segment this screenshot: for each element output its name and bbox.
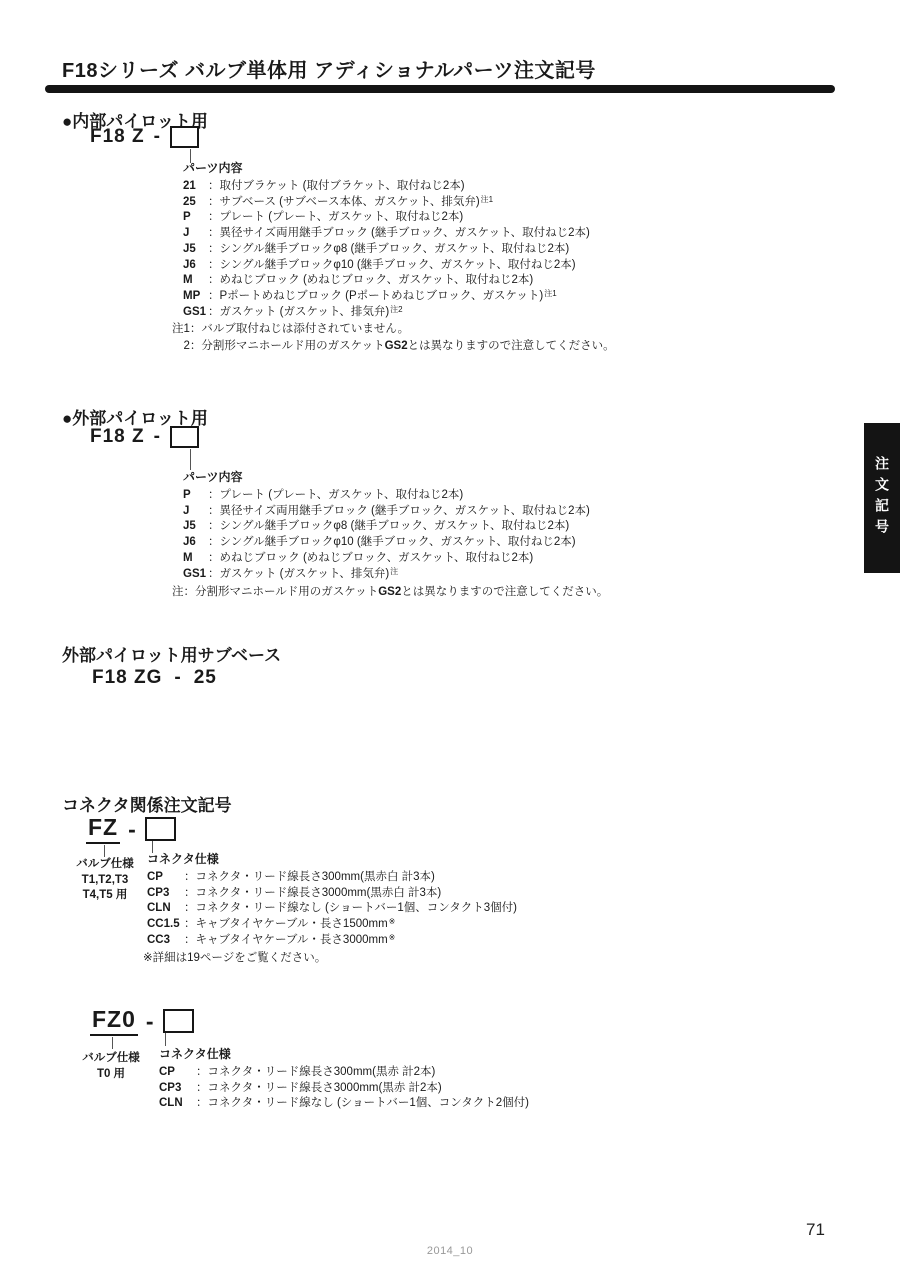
part-note-ref: 注 [390,568,398,584]
model-code-external: F18 Z - [90,426,199,448]
model-code-text: F18 Z [90,426,145,448]
catalog-page: F18シリーズ バルブ単体用 アディショナルパーツ注文記号 ●内部パイロット用 … [0,0,900,1272]
parts-item: P：プレート (プレート、ガスケット、取付ねじ2本) [183,210,591,226]
part-code: J [183,504,208,520]
footnote-external: 注：分割形マニホールド用のガスケットGS2とは異なりますので注意してください。 [172,584,608,601]
connector-code: CP [159,1065,196,1081]
note-ref: ※ [389,934,396,950]
connector-code: CC3 [147,933,184,949]
connector-item: CP：コネクタ・リード線長さ300mm(黒赤 計2本) [159,1065,530,1081]
parts-item: J6：シングル継手ブロックφ10 (継手ブロック、ガスケット、取付ねじ2本) [183,535,591,551]
connector-list-title: コネクタ仕様 [147,852,518,870]
connector-desc: ：コネクタ・リード線長さ3000mm(黒赤白 計3本) [184,886,441,902]
model-code-dash: - [154,126,161,148]
part-code: P [183,488,208,504]
parts-item: J6：シングル継手ブロックφ10 (継手ブロック、ガスケット、取付ねじ2本) [183,258,591,274]
callout-line [104,845,105,857]
model-code-dash: - [146,1008,155,1035]
option-slot-box [170,126,199,148]
part-desc: ：シングル継手ブロックφ10 (継手ブロック、ガスケット、取付ねじ2本) [208,258,576,274]
model-code-text: F18 Z [90,126,145,148]
connector-list-title: コネクタ仕様 [159,1047,530,1065]
connector-code: CP3 [159,1081,196,1097]
chapter-side-tab: 注文記号 [864,423,900,573]
parts-item: J：異径サイズ両用継手ブロック (継手ブロック、ガスケット、取付ねじ2本) [183,504,591,520]
part-note-ref: 注2 [390,306,402,322]
model-code-text: FZ [86,814,120,844]
connector-code: CLN [147,901,184,917]
parts-item: M：めねじブロック (めねじブロック、ガスケット、取付ねじ2本) [183,551,591,567]
connector-code: CP3 [147,886,184,902]
part-code: J [183,226,208,242]
footnote-1: 注1：バルブ取付ねじは添付されていません。 [172,321,615,338]
parts-item: P：プレート (プレート、ガスケット、取付ねじ2本) [183,488,591,504]
connector-list-fz: コネクタ仕様 CP：コネクタ・リード線長さ300mm(黒赤白 計3本) CP3：… [147,852,518,949]
part-code: J6 [183,535,208,551]
footer-revision: 2014_10 [0,1245,900,1257]
connector-code: CP [147,870,184,886]
connector-item: CC1.5：キャブタイヤケーブル・長さ1500mm※ [147,917,518,933]
part-code: J5 [183,519,208,535]
connector-item: CP3：コネクタ・リード線長さ3000mm(黒赤白 計3本) [147,886,518,902]
model-code-text: F18 ZG [92,667,162,689]
connector-item: CLN：コネクタ・リード線なし (ショートバー1個、コンタクト2個付) [159,1096,530,1112]
connector-desc: ：コネクタ・リード線長さ3000mm(黒赤 計2本) [196,1081,442,1097]
parts-item: J5：シングル継手ブロックφ8 (継手ブロック、ガスケット、取付ねじ2本) [183,242,591,258]
connector-code: CC1.5 [147,917,184,933]
section-heading-connector: コネクタ関係注文記号 [62,791,232,816]
part-code: 21 [183,179,208,195]
valve-spec-models: T4,T5 用 [70,888,140,904]
connector-desc: ：キャブタイヤケーブル・長さ3000mm [184,933,388,949]
part-desc: ：ガスケット (ガスケット、排気弁) [208,567,389,583]
part-desc: ：プレート (プレート、ガスケット、取付ねじ2本) [208,488,463,504]
option-slot-box [170,426,199,448]
part-desc: ：シングル継手ブロックφ8 (継手ブロック、ガスケット、取付ねじ2本) [208,519,569,535]
part-code: GS1 [183,567,208,583]
part-desc: ：サブベース (サブベース本体、ガスケット、排気弁) [208,195,480,211]
model-code-value: 25 [194,667,217,689]
part-code: GS1 [183,305,208,321]
part-desc: ：ガスケット (ガスケット、排気弁) [208,305,389,321]
callout-line [190,449,191,470]
model-code-dash: - [174,667,181,689]
footnote: 注：分割形マニホールド用のガスケットGS2とは異なりますので注意してください。 [172,584,608,601]
connector-code: CLN [159,1096,196,1112]
valve-spec-models: T0 用 [76,1067,146,1083]
connector-item: CP3：コネクタ・リード線長さ3000mm(黒赤 計2本) [159,1081,530,1097]
part-code: MP [183,289,208,305]
part-code: M [183,273,208,289]
parts-item: J5：シングル継手ブロックφ8 (継手ブロック、ガスケット、取付ねじ2本) [183,519,591,535]
part-note-ref: 注1 [544,290,556,306]
page-title: F18シリーズ バルブ単体用 アディショナルパーツ注文記号 [62,54,596,83]
parts-item: 25：サブベース (サブベース本体、ガスケット、排気弁)注1 [183,195,591,211]
part-code: M [183,551,208,567]
connector-desc: ：キャブタイヤケーブル・長さ1500mm [184,917,388,933]
model-code-text: FZ0 [90,1006,138,1036]
parts-item: GS1：ガスケット (ガスケット、排気弁)注2 [183,305,591,321]
page-number: 71 [806,1220,825,1240]
connector-item: CLN：コネクタ・リード線なし (ショートバー1個、コンタクト3個付) [147,901,518,917]
parts-item: GS1：ガスケット (ガスケット、排気弁)注 [183,567,591,583]
side-tab-label: 注文記号 [872,456,892,540]
callout-line [165,1033,166,1046]
valve-spec-block: バルブ仕様 T1,T2,T3 T4,T5 用 [70,857,140,904]
part-desc: ：めねじブロック (めねじブロック、ガスケット、取付ねじ2本) [208,551,533,567]
part-code: J5 [183,242,208,258]
parts-item: M：めねじブロック (めねじブロック、ガスケット、取付ねじ2本) [183,273,591,289]
model-code-internal: F18 Z - [90,126,199,148]
part-desc: ：取付ブラケット (取付ブラケット、取付ねじ2本) [208,179,465,195]
valve-spec-models: T1,T2,T3 [70,873,140,889]
connector-desc: ：コネクタ・リード線長さ300mm(黒赤白 計3本) [184,870,435,886]
connector-desc: ：コネクタ・リード線なし (ショートバー1個、コンタクト2個付) [196,1096,529,1112]
parts-list-title: パーツ内容 [183,161,591,179]
footnote-2: 2：分割形マニホールド用のガスケットGS2とは異なりますので注意してください。 [172,338,615,355]
part-desc: ：異径サイズ両用継手ブロック (継手ブロック、ガスケット、取付ねじ2本) [208,504,590,520]
part-desc: ：めねじブロック (めねじブロック、ガスケット、取付ねじ2本) [208,273,533,289]
footnotes-internal: 注1：バルブ取付ねじは添付されていません。 2：分割形マニホールド用のガスケット… [172,321,615,354]
option-slot-box [145,817,176,841]
parts-list-internal: パーツ内容 21：取付ブラケット (取付ブラケット、取付ねじ2本) 25：サブベ… [183,161,591,320]
part-code: J6 [183,258,208,274]
model-code-subbase: F18 ZG - 25 [92,667,217,689]
part-desc: ：Pポートめねじブロック (Pポートめねじブロック、ガスケット) [208,289,543,305]
connector-item: CC3：キャブタイヤケーブル・長さ3000mm※ [147,933,518,949]
part-desc: ：シングル継手ブロックφ8 (継手ブロック、ガスケット、取付ねじ2本) [208,242,569,258]
part-desc: ：プレート (プレート、ガスケット、取付ねじ2本) [208,210,463,226]
part-desc: ：シングル継手ブロックφ10 (継手ブロック、ガスケット、取付ねじ2本) [208,535,576,551]
note-ref: ※ [389,918,396,934]
title-rule-bar [45,85,835,93]
connector-desc: ：コネクタ・リード線なし (ショートバー1個、コンタクト3個付) [184,901,517,917]
section-heading-subbase: 外部パイロット用サブベース [62,641,281,666]
model-code-dash: - [154,426,161,448]
model-code-fz0: FZ0 - [90,1006,194,1036]
callout-line [112,1037,113,1049]
connector-note: ※詳細は19ページをご覧ください。 [143,950,326,967]
valve-spec-label: バルブ仕様 [70,857,140,873]
connector-item: CP：コネクタ・リード線長さ300mm(黒赤白 計3本) [147,870,518,886]
valve-spec-block: バルブ仕様 T0 用 [76,1051,146,1082]
model-code-fz: FZ - [86,814,176,844]
model-code-dash: - [128,816,137,843]
parts-item: 21：取付ブラケット (取付ブラケット、取付ねじ2本) [183,179,591,195]
option-slot-box [163,1009,194,1033]
part-code: P [183,210,208,226]
part-code: 25 [183,195,208,211]
part-note-ref: 注1 [481,196,493,212]
parts-list-title: パーツ内容 [183,470,591,488]
part-desc: ：異径サイズ両用継手ブロック (継手ブロック、ガスケット、取付ねじ2本) [208,226,590,242]
parts-item: J：異径サイズ両用継手ブロック (継手ブロック、ガスケット、取付ねじ2本) [183,226,591,242]
connector-desc: ：コネクタ・リード線長さ300mm(黒赤 計2本) [196,1065,435,1081]
parts-item: MP：Pポートめねじブロック (Pポートめねじブロック、ガスケット)注1 [183,289,591,305]
connector-list-fz0: コネクタ仕様 CP：コネクタ・リード線長さ300mm(黒赤 計2本) CP3：コ… [159,1047,530,1112]
valve-spec-label: バルブ仕様 [76,1051,146,1067]
parts-list-external: パーツ内容 P：プレート (プレート、ガスケット、取付ねじ2本) J：異径サイズ… [183,470,591,582]
